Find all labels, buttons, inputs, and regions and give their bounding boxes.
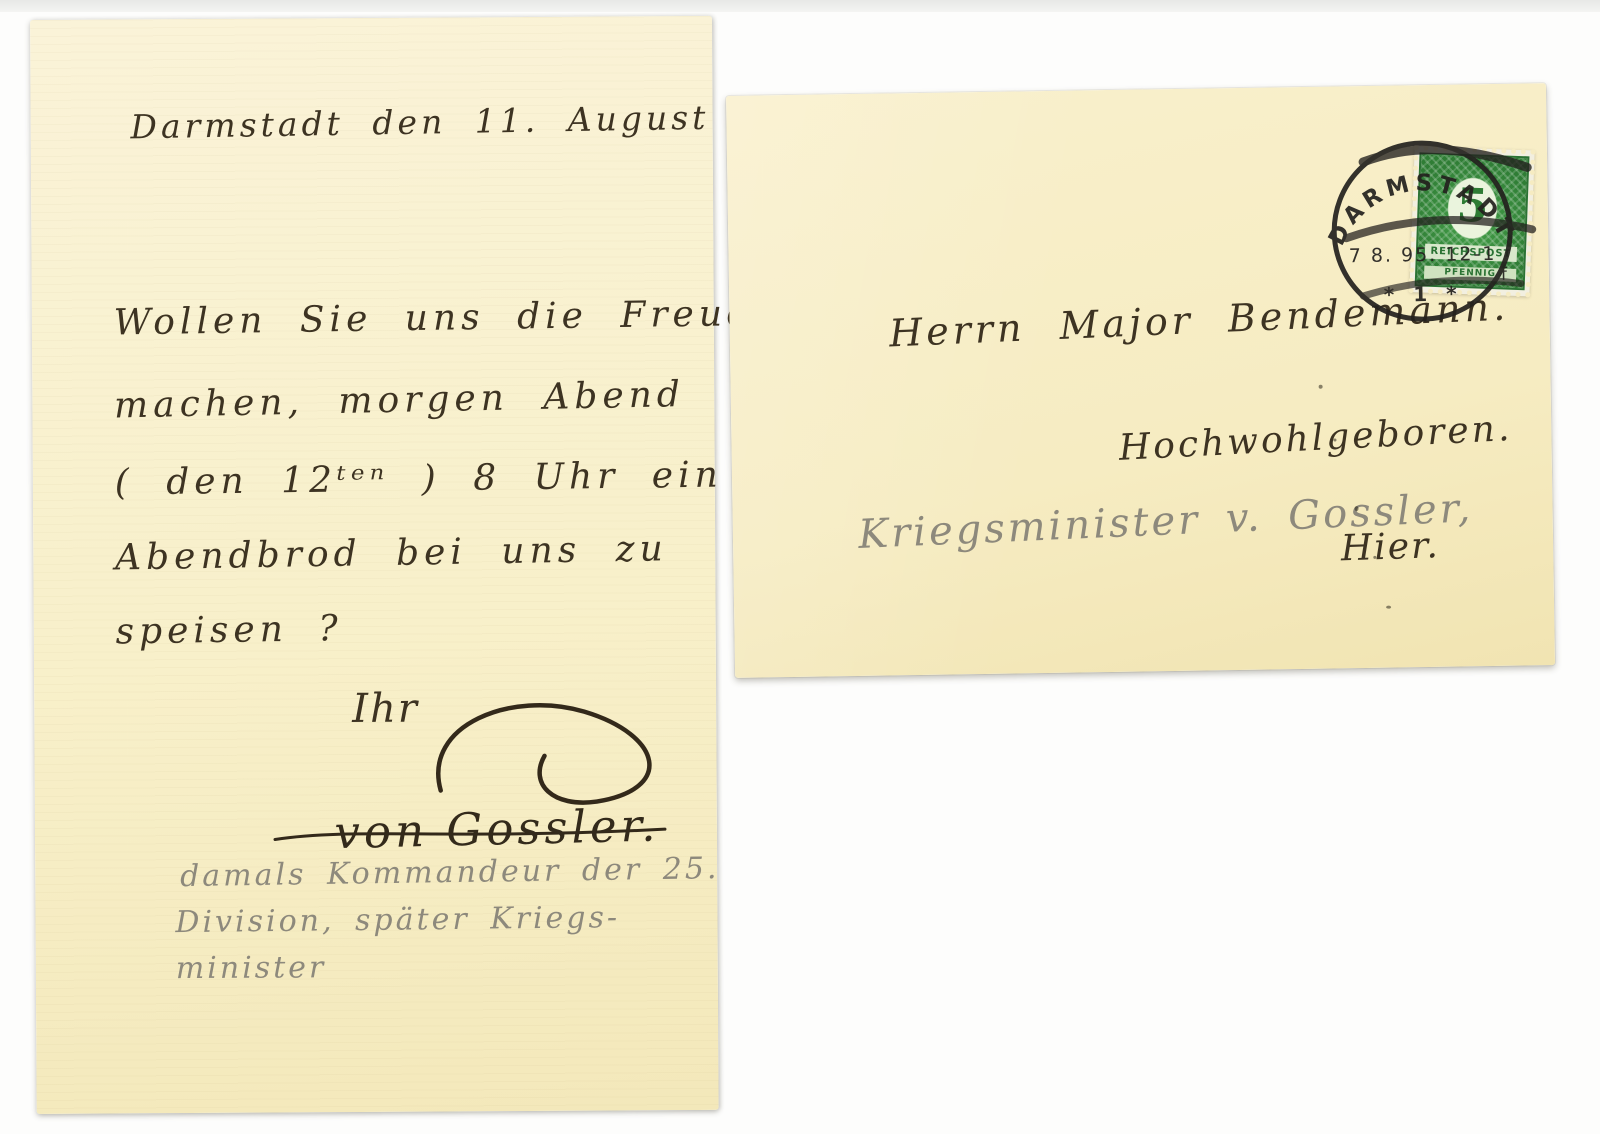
pencil-note-line-1: damals Kommandeur der 25. — [180, 851, 720, 894]
envelope-address-honorific: Hochwohlgeboren. — [1118, 408, 1513, 469]
letter-page: Darmstadt den 11. August 1895. Wollen Si… — [30, 16, 719, 1114]
photograph-background: Darmstadt den 11. August 1895. Wollen Si… — [0, 0, 1600, 1134]
envelope: Herrn Major Bendemann. Hochwohlgeboren. … — [726, 83, 1555, 678]
ink-specks — [726, 83, 1546, 96]
pencil-note-line-2: Division, später Kriegs- — [175, 900, 620, 940]
letter-body-line-2: machen, morgen Abend — [114, 374, 686, 426]
postmark: DARMSTADT 7 8. 95. 12-1 * 1 * f — [1274, 107, 1568, 362]
cancel-bar-top — [1363, 148, 1527, 170]
scan-edge — [0, 0, 1600, 12]
letter-body-line-4: Abendbrod bei uns zu — [115, 528, 668, 578]
postmark-date: 7 8. 95. 12-1 — [1349, 243, 1497, 267]
signature-name: von Gossler. — [334, 799, 660, 860]
envelope-local-delivery-note: Hier. — [1340, 525, 1440, 569]
letter-body-line-5: speisen ? — [115, 608, 343, 652]
pencil-note-line-3: minister — [176, 950, 327, 986]
letter-body-line-1: Wollen Sie uns die Freude — [113, 293, 781, 344]
letter-body-line-3: ( den 12ᵗᵉⁿ ) 8 Uhr ein — [114, 455, 723, 504]
